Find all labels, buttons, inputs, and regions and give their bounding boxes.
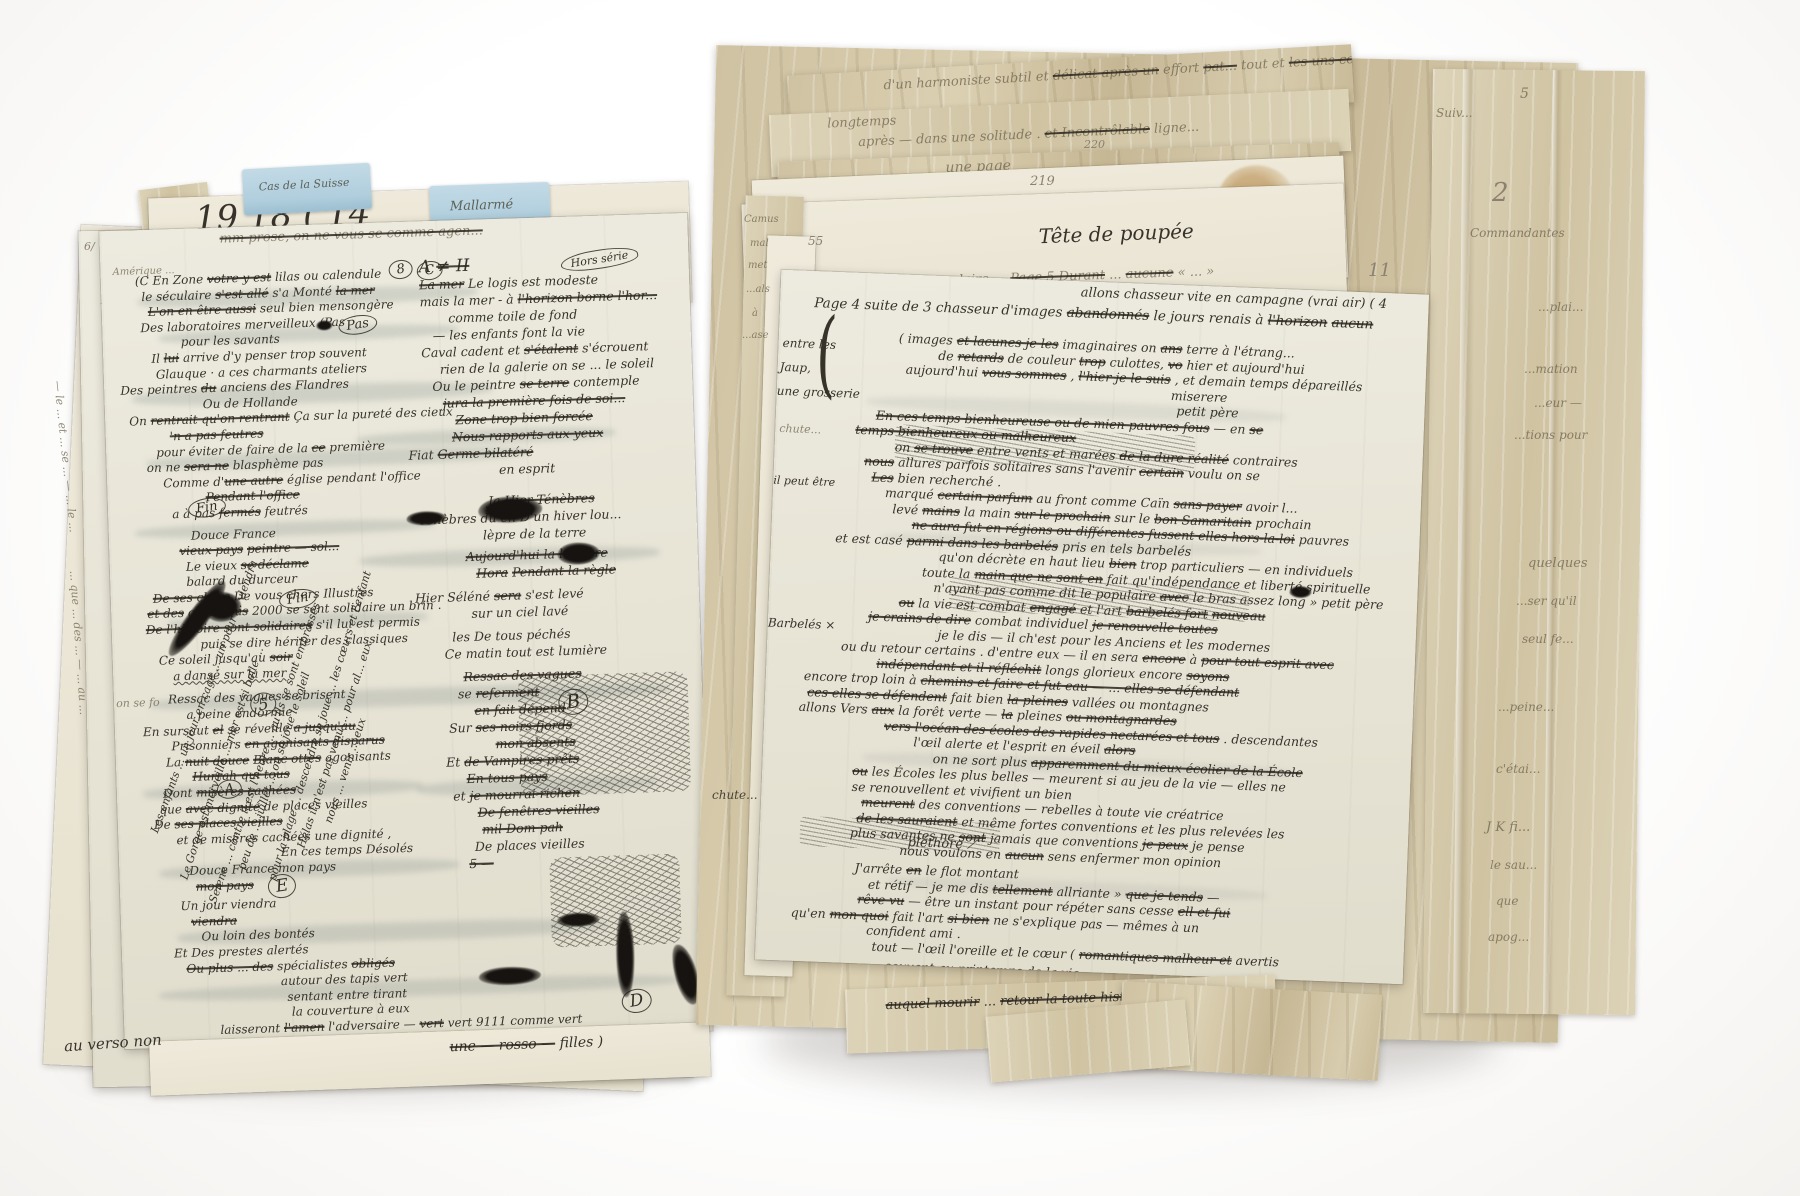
side-fragment-word: le sau...: [1490, 858, 1537, 872]
margin-note: il peut être: [773, 474, 835, 489]
side-fragment-word: seul fe...: [1522, 632, 1574, 646]
side-fragment-word: quelques: [1528, 556, 1588, 571]
right-main-page: allons chasseur vite en campagne (vrai a…: [755, 270, 1429, 984]
side-fragment-word: 5: [1520, 86, 1529, 102]
side-fragment-word: que: [1496, 894, 1519, 908]
side-fragment-word: ...mation: [1524, 362, 1578, 376]
margin-note: (: [815, 315, 838, 392]
side-fragment-word: ...peine...: [1498, 700, 1554, 714]
side-fragment-word: Commandantes: [1470, 226, 1565, 240]
side-fragment-word: c'étai...: [1496, 762, 1540, 776]
margin-note: Barbelés ×: [768, 616, 836, 633]
side-fragment-word: Suiv...: [1436, 106, 1473, 120]
side-fragment-word: apog...: [1488, 930, 1529, 944]
margin-note: chute...: [779, 422, 821, 437]
side-fragment-word: ...tions pour: [1514, 428, 1587, 442]
right-page-margin-notes: (entre lesJaup,une grosseriechute...il p…: [755, 270, 1429, 984]
margin-note: une grosserie: [777, 384, 861, 401]
margin-note: entre les: [782, 336, 836, 352]
side-fragment-word: ...eur —: [1534, 396, 1582, 410]
side-fragment-word: ...plai...: [1538, 300, 1583, 314]
margin-note: Jaup,: [779, 360, 811, 375]
side-fragment-word: J K fi...: [1486, 820, 1530, 835]
photograph-manuscript-stacks: — le ... et ... se ... — ... le ...... q…: [0, 0, 1800, 1196]
side-fragment-word: ...ser qu'il: [1516, 594, 1577, 608]
